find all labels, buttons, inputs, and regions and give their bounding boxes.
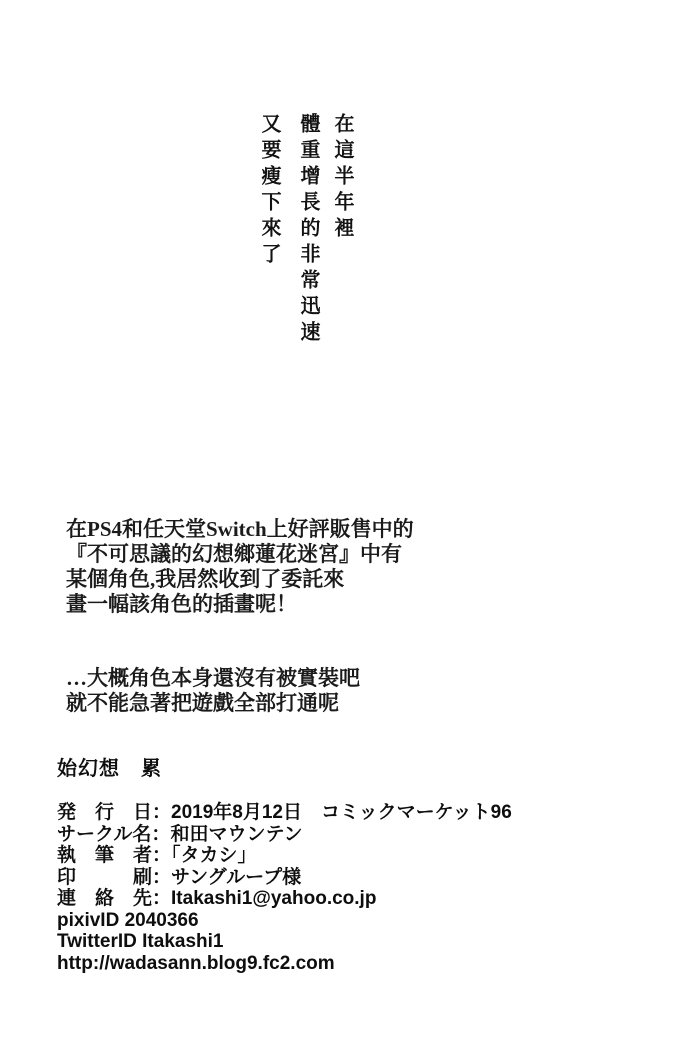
row-value: 2019年8月12日 コミックマーケット96 — [171, 802, 512, 823]
afterword-paragraph-1: 在PS4和任天堂Switch上好評販售中的 『不可思議的幻想鄉蓮花迷宮』中有 某… — [66, 517, 414, 617]
vertical-note: 在這半年裡 體重增長的非常迅速 又要瘦下來了 — [253, 113, 360, 365]
afterword-text: 在PS4和任天堂Switch上好評販售中的 『不可思議的幻想鄉蓮花迷宮』中有 某… — [66, 492, 414, 741]
colophon-row-contact-email: 連 絡 先：Itakashi1@yahoo.co.jp — [57, 888, 512, 910]
row-value: TwitterID Itakashi1 — [57, 931, 223, 952]
row-label: 執 筆 者： — [57, 845, 171, 866]
afterword-paragraph-2: …大概角色本身還沒有被實裝吧 就不能急著把遊戲全部打通呢 — [66, 666, 414, 716]
colophon-row-publish-date: 発 行 日：2019年8月12日 コミックマーケット96 — [57, 802, 512, 824]
colophon-row-author: 執 筆 者：「タカシ」 — [57, 845, 512, 867]
vertical-note-column-1: 在這半年裡 — [326, 113, 360, 365]
colophon-row-pixiv-id: pixivID 2040366 — [57, 910, 512, 932]
colophon: 始幻想 累 発 行 日：2019年8月12日 コミックマーケット96 サークル名… — [57, 752, 512, 974]
row-value: 和田マウンテン — [170, 824, 302, 845]
colophon-row-twitter-id: TwitterID Itakashi1 — [57, 931, 512, 953]
book-title: 始幻想 累 — [57, 752, 512, 781]
scanned-afterword-page: 在這半年裡 體重增長的非常迅速 又要瘦下來了 在PS4和任天堂Switch上好評… — [0, 0, 700, 1050]
colophon-rows: 発 行 日：2019年8月12日 コミックマーケット96 サークル名：和田マウン… — [57, 802, 512, 974]
vertical-note-column-2: 體重增長的非常迅速 — [292, 113, 326, 365]
row-label: 発 行 日： — [57, 802, 171, 823]
row-value: 「タカシ」 — [171, 845, 257, 866]
row-value: pixivID 2040366 — [57, 910, 199, 931]
row-label: サークル名： — [57, 824, 170, 845]
colophon-row-circle-name: サークル名：和田マウンテン — [57, 824, 512, 846]
row-value: Itakashi1@yahoo.co.jp — [171, 888, 376, 909]
vertical-note-column-3: 又要瘦下來了 — [253, 113, 292, 365]
row-value: http://wadasann.blog9.fc2.com — [57, 953, 335, 974]
colophon-row-blog-url: http://wadasann.blog9.fc2.com — [57, 953, 512, 975]
row-value: サングループ様 — [171, 867, 301, 888]
row-label: 連 絡 先： — [57, 888, 171, 909]
row-label: 印 刷： — [57, 867, 171, 888]
colophon-row-printer: 印 刷：サングループ様 — [57, 867, 512, 889]
